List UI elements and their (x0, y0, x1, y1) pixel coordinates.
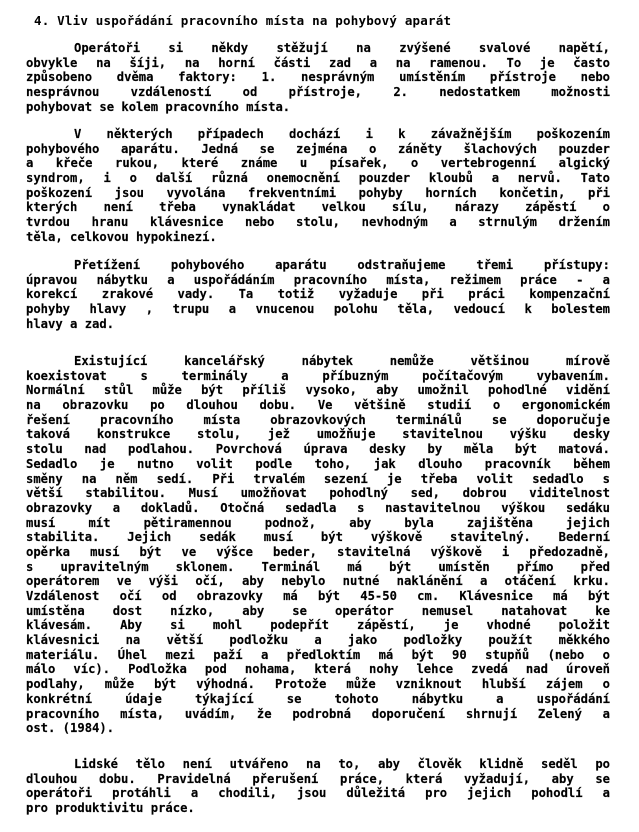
text-line: Vzdálenost očí od obrazovky má být 45-50… (26, 589, 610, 604)
text-line: korekcí zrakové vady. Ta totiž vyžaduje … (26, 287, 610, 302)
text-line: obvykle na šíji, na horní části zad a na… (26, 56, 610, 71)
paragraph-2: V některých případech dochází i k závažn… (26, 127, 610, 245)
text-line: směny na něm sedí. Při trvalém sezení je… (26, 472, 610, 487)
text-line: málo víc). Podložka pod nohama, která no… (26, 662, 610, 677)
text-line: materiálu. Úhel mezi paží a předloktím m… (26, 648, 610, 663)
text-line: pohyby hlavy , trupu a vnucenou polohu t… (26, 302, 610, 317)
text-line: poškození jsou vyvolána frekventními poh… (26, 186, 610, 201)
text-line: s upravitelným sklonem. Terminál má být … (26, 560, 610, 575)
text-line: Normální stůl může být příliš vysoko, ab… (26, 383, 610, 398)
text-line: dlouhou dobu. Pravidelná přerušení práce… (26, 772, 610, 787)
paragraph-4: Existující kancelářský nábytek nemůže vě… (26, 354, 610, 736)
text-line: větší stabilitou. Musí umožňovat pohodln… (26, 486, 610, 501)
text-line: způsobeno dvěma faktory: 1. nesprávným u… (26, 70, 610, 85)
text-line: klávesám. Aby si mohl podepřít zápěstí, … (26, 618, 610, 633)
text-line: Existující kancelářský nábytek nemůže vě… (26, 354, 610, 369)
text-line: operátoři protáhli a chodili, jsou důlež… (26, 786, 610, 801)
text-line: řešení pracovního místa obrazovkových te… (26, 413, 610, 428)
text-line: syndrom, i o další různá onemocnění pouz… (26, 171, 610, 186)
text-line: kterých není třeba vynakládat velkou síl… (26, 200, 610, 215)
text-line: na obrazovku po dlouhou dobu. Ve většině… (26, 398, 610, 413)
text-line: a křeče rukou, které známe u písařek, o … (26, 156, 610, 171)
paragraph-1: Operátoři si někdy stěžují na zvýšené sv… (26, 41, 610, 114)
text-line: Lidské tělo není utvářeno na to, aby člo… (26, 757, 610, 772)
text-line: těla, celkovou hypokinezí. (26, 230, 610, 245)
text-line: V některých případech dochází i k závažn… (26, 127, 610, 142)
text-line: tvrdou hranu klávesnice nebo stolu, nevh… (26, 215, 610, 230)
text-line: obrazovky a dokladů. Otočná sedadla s na… (26, 501, 610, 516)
text-line: pohybovat se kolem pracovního místa. (26, 100, 610, 115)
text-line: taková konstrukce stolu, jež umožňuje st… (26, 427, 610, 442)
text-line: umístěna dost nízko, aby se operátor nem… (26, 604, 610, 619)
text-line: klávesnici na větší podložku a jako podl… (26, 633, 610, 648)
text-line: podlahy, může být výhodná. Protože může … (26, 677, 610, 692)
text-line: ost. (1984). (26, 721, 610, 736)
text-line: koexistovat s terminály a příbuzným počí… (26, 369, 610, 384)
text-line: pracovního místa, uvádím, že podrobná do… (26, 707, 610, 722)
text-line: Sedadlo je nutno volit podle toho, jak d… (26, 457, 610, 472)
text-line: úpravou nábytku a uspořádáním pracovního… (26, 273, 610, 288)
text-line: nesprávnou vzdáleností od přístroje, 2. … (26, 85, 610, 100)
text-line: opěrka musí být ve výšce beder, stavitel… (26, 545, 610, 560)
document-page: 4. Vliv uspořádání pracovního místa na p… (0, 0, 639, 832)
text-line: stolu nad podlahou. Povrchová úprava des… (26, 442, 610, 457)
paragraph-3: Přetížení pohybového aparátu odstraňujem… (26, 258, 610, 331)
text-line: pro produktivitu práce. (26, 801, 610, 816)
section-heading: 4. Vliv uspořádání pracovního místa na p… (34, 13, 451, 28)
text-line: pohybového aparátu. Jedná se zejména o z… (26, 142, 610, 157)
text-line: Operátoři si někdy stěžují na zvýšené sv… (26, 41, 610, 56)
paragraph-5: Lidské tělo není utvářeno na to, aby člo… (26, 757, 610, 816)
text-line: stabilita. Jejich sedák musí být výškově… (26, 530, 610, 545)
text-line: konkrétní údaje týkající se tohoto nábyt… (26, 692, 610, 707)
text-line: musí mít pětiramennou podnož, aby byla z… (26, 516, 610, 531)
text-line: hlavy a zad. (26, 317, 610, 332)
text-line: operátorem ve výši očí, aby nebylo nutné… (26, 574, 610, 589)
text-line: Přetížení pohybového aparátu odstraňujem… (26, 258, 610, 273)
